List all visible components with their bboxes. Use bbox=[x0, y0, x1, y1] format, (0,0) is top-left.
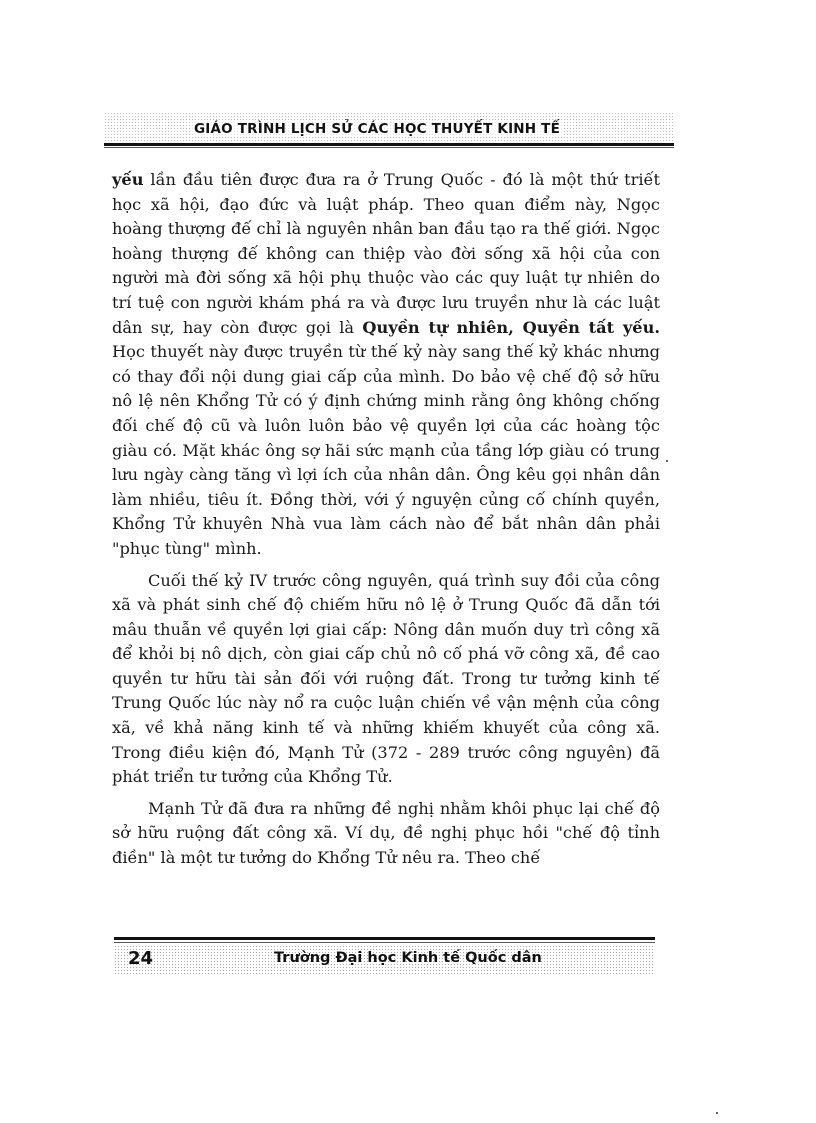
running-header: GIÁO TRÌNH LỊCH SỬ CÁC HỌC THUYẾT KINH T… bbox=[104, 112, 674, 146]
paragraph-1-text-b: Học thuyết này được truyền từ thế kỷ này… bbox=[112, 342, 660, 558]
scan-speck bbox=[666, 460, 668, 462]
document-page: GIÁO TRÌNH LỊCH SỬ CÁC HỌC THUYẾT KINH T… bbox=[0, 0, 816, 1123]
paragraph-1-bold-terms: Quyền tự nhiên, Quyền tất yếu. bbox=[362, 318, 660, 337]
running-footer: 24 Trường Đại học Kinh tế Quốc dân bbox=[114, 945, 655, 975]
footer-school-name: Trường Đại học Kinh tế Quốc dân bbox=[274, 950, 542, 966]
footer-rule bbox=[114, 937, 655, 940]
header-rule bbox=[104, 143, 674, 146]
header-rule-thin bbox=[104, 147, 674, 148]
header-title: GIÁO TRÌNH LỊCH SỬ CÁC HỌC THUYẾT KINH T… bbox=[192, 121, 562, 137]
footer-rule-thin bbox=[114, 942, 655, 943]
paragraph-2: Cuối thế kỷ IV trước công nguyên, quá tr… bbox=[112, 569, 660, 790]
paragraph-1: yếu lần đầu tiên được đưa ra ở Trung Quố… bbox=[112, 168, 660, 562]
paragraph-3: Mạnh Tử đã đưa ra những đề nghị nhằm khô… bbox=[112, 797, 660, 871]
paragraph-1-lead: yếu bbox=[112, 170, 143, 189]
scan-speck bbox=[716, 1112, 718, 1114]
body-text: yếu lần đầu tiên được đưa ra ở Trung Quố… bbox=[112, 168, 660, 871]
page-number: 24 bbox=[128, 948, 153, 969]
paragraph-1-text-a: lần đầu tiên được đưa ra ở Trung Quốc - … bbox=[112, 170, 660, 337]
